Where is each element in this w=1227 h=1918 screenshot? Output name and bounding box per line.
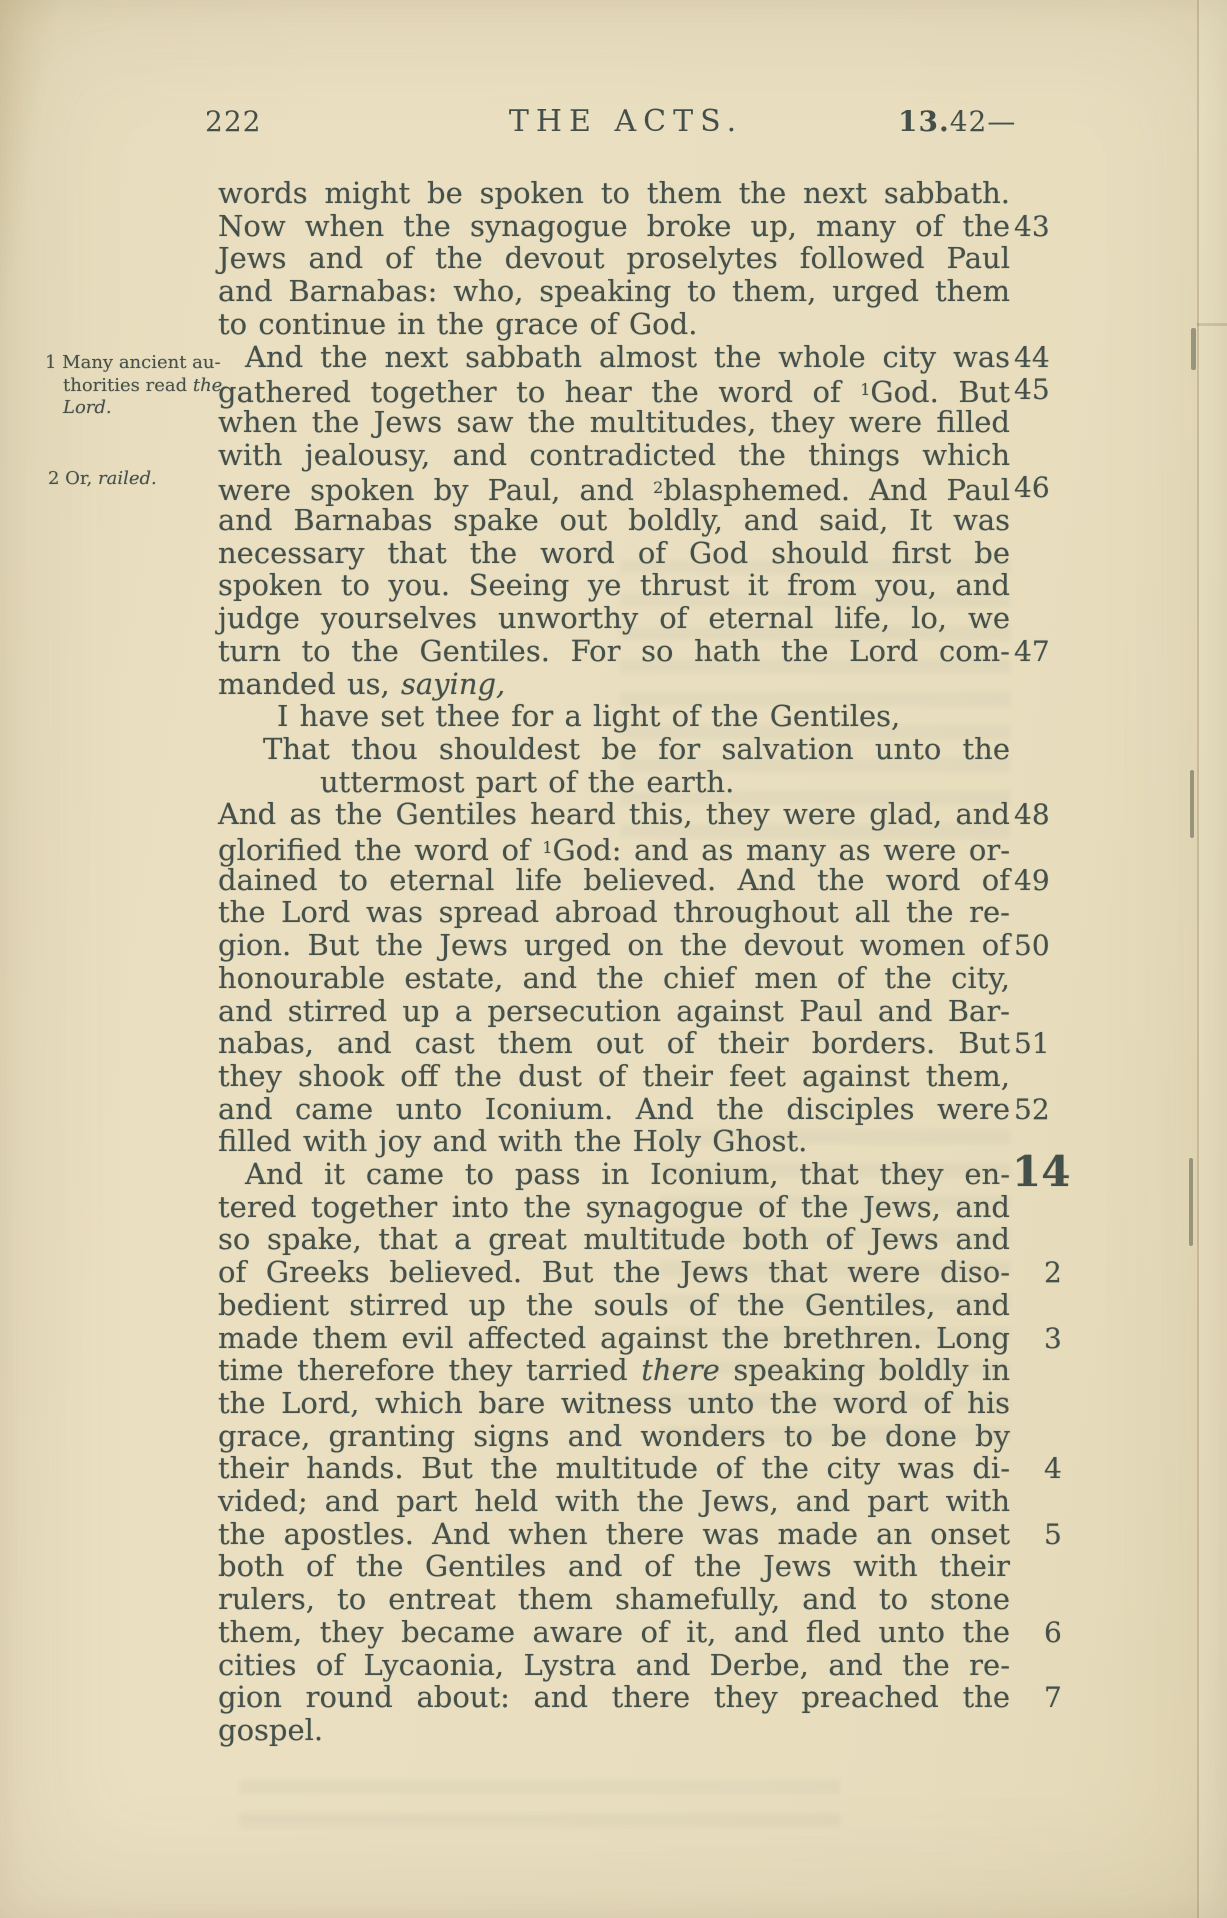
text-line: dained to eternal life believed. And the…: [218, 864, 1010, 897]
text-line: the Lord, which bare witness unto the wo…: [218, 1387, 1010, 1420]
text-line: rulers, to entreat them shamefully, and …: [218, 1583, 1010, 1616]
text-line: cities of Lycaonia, Lystra and Derbe, an…: [218, 1649, 1010, 1682]
text-line: of Greeks believed. But the Jews that we…: [218, 1256, 1010, 1289]
show-through-smudge: [240, 1780, 840, 1840]
footnote-marker: 1: [860, 380, 870, 399]
text-line: the apostles. And when there was made an…: [218, 1518, 1010, 1551]
footnote-marker: 1: [542, 838, 552, 857]
verse-number: 46: [1014, 471, 1050, 504]
text-line: manded us, saying,: [218, 668, 1010, 701]
text-line: And it came to pass in Iconium, that the…: [245, 1158, 1010, 1191]
chapter-verse-reference: 13.42—: [898, 105, 1016, 138]
text-line: Jews and of the devout proselytes follow…: [218, 242, 1010, 275]
text-line: their hands. But the multitude of the ci…: [218, 1452, 1010, 1485]
verse-number: 48: [1014, 798, 1050, 831]
text-line: glorified the word of 1God: and as many …: [218, 831, 1010, 864]
italic-text: Lord.: [63, 397, 112, 418]
text-line: necessary that the word of God should fi…: [218, 537, 1010, 570]
text-line: judge yourselves unworthy of eternal lif…: [218, 602, 1010, 635]
text-line: gathered together to hear the word of 1G…: [218, 373, 1010, 406]
text-line: to continue in the grace of God.: [218, 308, 1010, 341]
book-page: 222 THE ACTS. 13.42— 1 Many ancient au-t…: [0, 0, 1227, 1918]
text-line: gion. But the Jews urged on the devout w…: [218, 929, 1010, 962]
chapter-ref: 13.: [898, 105, 950, 138]
text-line: and Barnabas: who, speaking to them, urg…: [218, 275, 1010, 308]
ink-mark: [1190, 770, 1194, 838]
text-line: Now when the synagogue broke up, many of…: [218, 210, 1010, 243]
text-line: bedient stirred up the souls of the Gent…: [218, 1289, 1010, 1322]
text-line: and Barnabas spake out boldly, and said,…: [218, 504, 1010, 537]
text-line: so spake, that a great multitude both of…: [218, 1223, 1010, 1256]
margin-note-line: 1 Many ancient au-: [45, 352, 221, 374]
text-line: And as the Gentiles heard this, they wer…: [218, 798, 1010, 831]
verse-number: 49: [1014, 864, 1050, 897]
text-line: vided; and part held with the Jews, and …: [218, 1485, 1010, 1518]
text-line: I have set thee for a light of the Genti…: [277, 700, 1010, 733]
text-line: grace, granting signs and wonders to be …: [218, 1420, 1010, 1453]
text-line: spoken to you. Seeing ye thrust it from …: [218, 569, 1010, 602]
text-line: time therefore they tarried there speaki…: [218, 1354, 1010, 1387]
text-line: with jealousy, and contradicted the thin…: [218, 439, 1010, 472]
margin-note-line: thorities read the: [63, 375, 222, 397]
verse-number: 52: [1014, 1093, 1050, 1126]
text-line: uttermost part of the earth.: [320, 766, 1010, 799]
ink-mark: [1191, 328, 1196, 370]
verse-number: 44: [1014, 341, 1050, 374]
verse-number: 45: [1014, 373, 1050, 406]
text-line: the Lord was spread abroad throughout al…: [218, 896, 1010, 929]
text-line: And the next sabbath almost the whole ci…: [245, 341, 1010, 374]
italic-text: saying,: [401, 667, 505, 701]
verse-number: 2: [1044, 1256, 1062, 1289]
text-line: filled with joy and with the Holy Ghost.: [218, 1125, 1010, 1158]
italic-text: there: [641, 1353, 720, 1387]
ink-mark: [1189, 1158, 1193, 1246]
text-line: turn to the Gentiles. For so hath the Lo…: [218, 635, 1010, 668]
text-line: That thou shouldest be for salvation unt…: [263, 733, 1010, 766]
text-line: made them evil affected against the bret…: [218, 1322, 1010, 1355]
text-line: nabas, and cast them out of their border…: [218, 1027, 1010, 1060]
verse-number: 43: [1014, 210, 1050, 243]
text-line: were spoken by Paul, and 2blasphemed. An…: [218, 471, 1010, 504]
text-line: and came unto Iconium. And the disciples…: [218, 1093, 1010, 1126]
text-line: honourable estate, and the chief men of …: [218, 962, 1010, 995]
verse-number: 3: [1044, 1322, 1062, 1355]
verse-number: 51: [1014, 1027, 1050, 1060]
margin-note-line: 2 Or, railed.: [48, 468, 157, 490]
verse-number: 4: [1044, 1452, 1062, 1485]
text-line: gion round about: and there they preache…: [218, 1681, 1010, 1714]
text-line: tered together into the synagogue of the…: [218, 1191, 1010, 1224]
footnote-marker: 2: [653, 478, 663, 497]
verse-number: 50: [1014, 929, 1050, 962]
text-line: they shook off the dust of their feet ag…: [218, 1060, 1010, 1093]
text-line: them, they became aware of it, and fled …: [218, 1616, 1010, 1649]
verse-ref: 42—: [950, 105, 1017, 138]
page-edge: [1199, 0, 1227, 1918]
text-line: both of the Gentiles and of the Jews wit…: [218, 1550, 1010, 1583]
chapter-number: 14: [1012, 1150, 1070, 1194]
margin-note-line: Lord.: [63, 397, 112, 419]
italic-text: railed.: [98, 468, 157, 489]
text-line: when the Jews saw the multitudes, they w…: [218, 406, 1010, 439]
text-line: gospel.: [218, 1714, 1010, 1747]
verse-number: 47: [1014, 635, 1050, 668]
verse-number: 6: [1044, 1616, 1062, 1649]
text-line: and stirred up a persecution against Pau…: [218, 995, 1010, 1028]
text-line: words might be spoken to them the next s…: [218, 177, 1010, 210]
verse-number: 7: [1044, 1681, 1062, 1714]
verse-number: 5: [1044, 1518, 1062, 1551]
